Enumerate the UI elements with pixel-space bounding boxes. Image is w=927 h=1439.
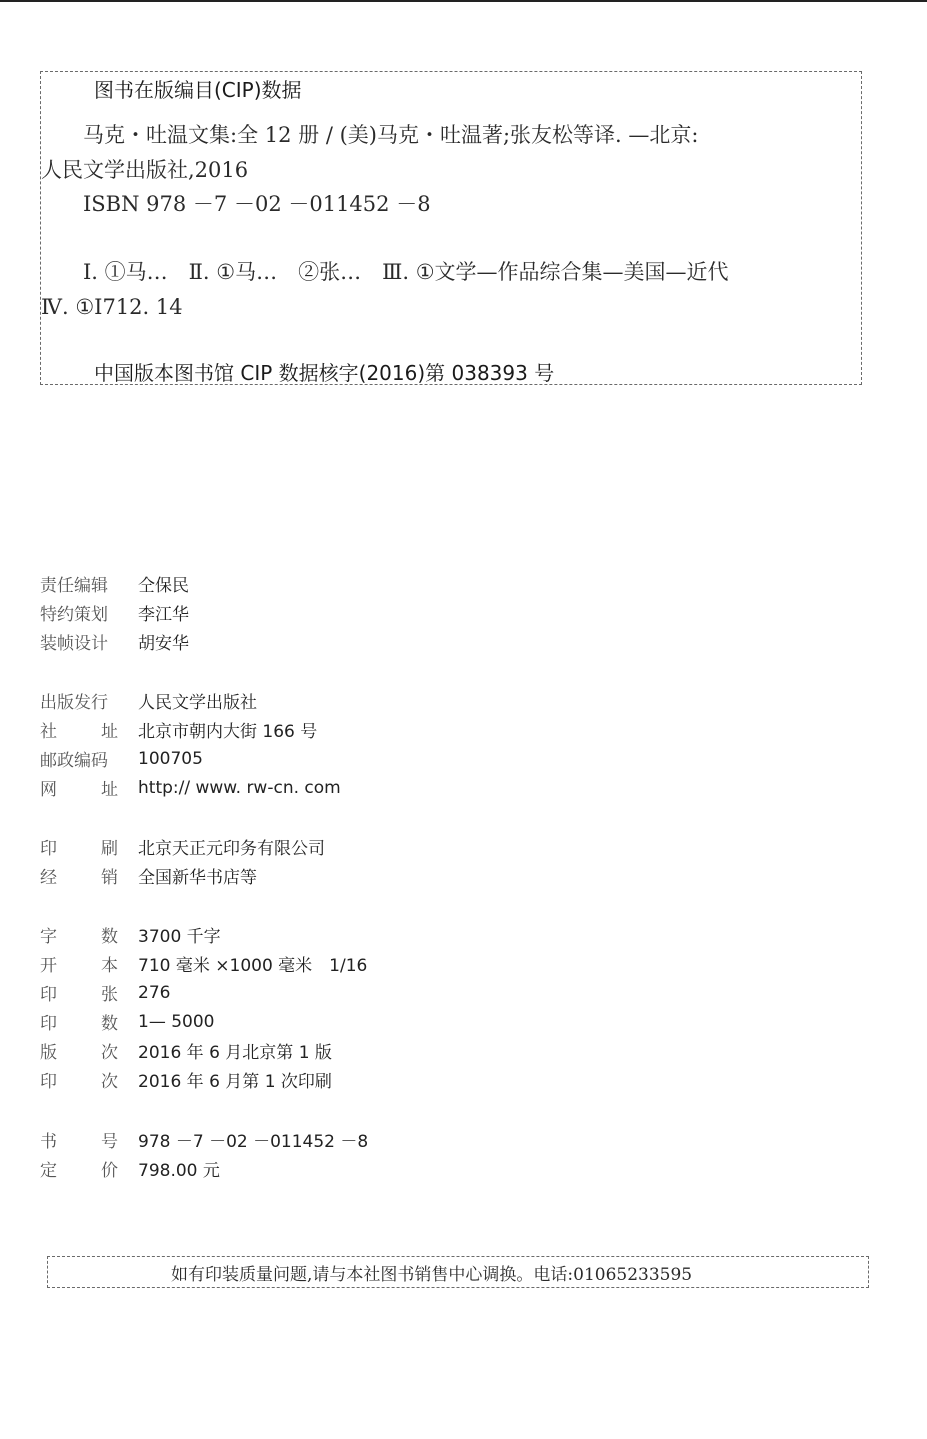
cip-line-classification: Ⅳ. ①I712. 14 bbox=[41, 294, 183, 320]
cip-data-box: 图书在版编目(CIP)数据 马克・吐温文集:全 12 册 / (美)马克・吐温著… bbox=[40, 71, 862, 385]
spec-label: 字 数 bbox=[40, 922, 118, 947]
credit-value: 胡安华 bbox=[138, 629, 189, 654]
publisher-value: 人民文学出版社 bbox=[138, 688, 257, 713]
spec-row-edition: 版 次 2016 年 6 月北京第 1 版 bbox=[40, 1036, 367, 1065]
pricing-section: 书 号 978 －7 －02 －011452 －8 定 价 798.00 元 bbox=[40, 1125, 368, 1183]
spec-value: 2016 年 6 月北京第 1 版 bbox=[138, 1038, 332, 1063]
pricing-row-price: 定 价 798.00 元 bbox=[40, 1154, 368, 1183]
distribution-row-distributor: 经 销 全国新华书店等 bbox=[40, 861, 325, 890]
quality-notice-text: 如有印装质量问题,请与本社图书销售中心调换。电话:01065233595 bbox=[171, 1260, 692, 1285]
credit-row-planner: 特约策划 李江华 bbox=[40, 598, 189, 627]
quality-notice-box: 如有印装质量问题,请与本社图书销售中心调换。电话:01065233595 bbox=[47, 1256, 869, 1288]
publisher-label: 网 址 bbox=[40, 775, 118, 800]
credit-value: 李江华 bbox=[138, 600, 189, 625]
publisher-row-postcode: 邮政编码 100705 bbox=[40, 744, 341, 773]
pricing-value: 798.00 元 bbox=[138, 1156, 220, 1181]
spec-row-print-run: 印 数 1— 5000 bbox=[40, 1007, 367, 1036]
credit-row-designer: 装帧设计 胡安华 bbox=[40, 627, 189, 656]
publisher-value: 100705 bbox=[138, 749, 203, 769]
credit-value: 仝保民 bbox=[138, 571, 189, 596]
distribution-value: 北京天正元印务有限公司 bbox=[138, 834, 325, 859]
distribution-section: 印 刷 北京天正元印务有限公司 经 销 全国新华书店等 bbox=[40, 832, 325, 890]
cip-line-publisher: 人民文学出版社,2016 bbox=[41, 157, 248, 183]
spec-label: 版 次 bbox=[40, 1038, 118, 1063]
publisher-row-publisher: 出版发行 人民文学出版社 bbox=[40, 686, 341, 715]
publisher-row-address: 社 址 北京市朝内大街 166 号 bbox=[40, 715, 341, 744]
spec-row-sheets: 印 张 276 bbox=[40, 978, 367, 1007]
publisher-label: 社 址 bbox=[40, 717, 118, 742]
credit-label: 装帧设计 bbox=[40, 629, 138, 654]
credit-row-editor: 责任编辑 仝保民 bbox=[40, 569, 189, 598]
spec-label: 印 数 bbox=[40, 1009, 118, 1034]
spec-label: 开 本 bbox=[40, 951, 118, 976]
pricing-label: 书 号 bbox=[40, 1127, 118, 1152]
spec-row-printing: 印 次 2016 年 6 月第 1 次印刷 bbox=[40, 1065, 367, 1094]
publisher-value: 北京市朝内大街 166 号 bbox=[138, 717, 317, 742]
cip-line-isbn: ISBN 978 －7 －02 －011452 －8 bbox=[41, 191, 431, 217]
spec-row-word-count: 字 数 3700 千字 bbox=[40, 920, 367, 949]
spec-row-format: 开 本 710 毫米 ×1000 毫米 1/16 bbox=[40, 949, 367, 978]
pricing-label: 定 价 bbox=[40, 1156, 118, 1181]
publisher-section: 出版发行 人民文学出版社 社 址 北京市朝内大街 166 号 邮政编码 1007… bbox=[40, 686, 341, 802]
spec-value: 3700 千字 bbox=[138, 922, 221, 947]
publisher-label: 出版发行 bbox=[40, 688, 138, 713]
publisher-label: 邮政编码 bbox=[40, 746, 138, 771]
credit-label: 责任编辑 bbox=[40, 571, 138, 596]
publisher-row-website: 网 址 http:// www. rw-cn. com bbox=[40, 773, 341, 802]
website-link[interactable]: http:// www. rw-cn. com bbox=[138, 778, 341, 798]
cip-line-subjects: Ⅰ. ①马… Ⅱ. ①马… ②张… Ⅲ. ①文学—作品综合集—美国—近代 bbox=[41, 259, 729, 285]
cip-title: 图书在版编目(CIP)数据 bbox=[94, 77, 302, 103]
distribution-row-printer: 印 刷 北京天正元印务有限公司 bbox=[40, 832, 325, 861]
spec-label: 印 张 bbox=[40, 980, 118, 1005]
pricing-value: 978 －7 －02 －011452 －8 bbox=[138, 1127, 368, 1152]
cip-approval-number: 中国版本图书馆 CIP 数据核字(2016)第 038393 号 bbox=[94, 360, 554, 386]
credit-label: 特约策划 bbox=[40, 600, 138, 625]
spec-value: 2016 年 6 月第 1 次印刷 bbox=[138, 1067, 332, 1092]
cip-line-title-author: 马克・吐温文集:全 12 册 / (美)马克・吐温著;张友松等译. —北京: bbox=[41, 122, 698, 148]
pricing-row-isbn: 书 号 978 －7 －02 －011452 －8 bbox=[40, 1125, 368, 1154]
specs-section: 字 数 3700 千字 开 本 710 毫米 ×1000 毫米 1/16 印 张… bbox=[40, 920, 367, 1094]
distribution-label: 经 销 bbox=[40, 863, 118, 888]
distribution-value: 全国新华书店等 bbox=[138, 863, 257, 888]
distribution-label: 印 刷 bbox=[40, 834, 118, 859]
spec-value: 710 毫米 ×1000 毫米 1/16 bbox=[138, 951, 367, 976]
spec-value: 276 bbox=[138, 983, 170, 1003]
credits-section: 责任编辑 仝保民 特约策划 李江华 装帧设计 胡安华 bbox=[40, 569, 189, 656]
top-border-line bbox=[0, 0, 927, 2]
spec-label: 印 次 bbox=[40, 1067, 118, 1092]
spec-value: 1— 5000 bbox=[138, 1012, 214, 1032]
